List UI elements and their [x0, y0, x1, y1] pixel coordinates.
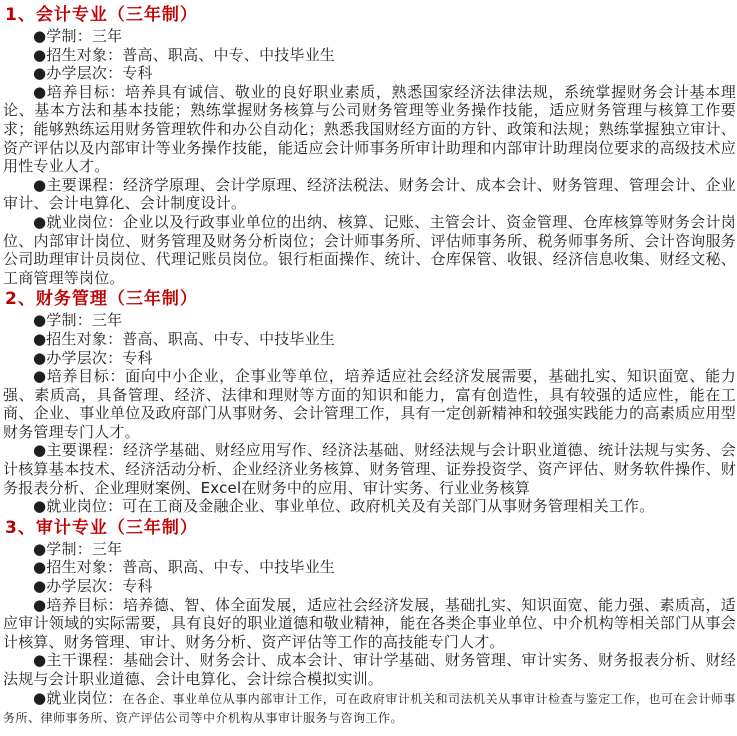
section-heading-accounting: 1、会计专业（三年制） [5, 5, 736, 26]
detail-education-level: ●办学层次：专科 [3, 64, 736, 83]
section-auditing: 3、审计专业（三年制） ●学制：三年 ●招生对象：普高、职高、中专、中技毕业生 … [3, 518, 736, 728]
detail-duration: ●学制：三年 [3, 311, 736, 330]
detail-employment-positions: ●就业岗位：可在工商及金融企业、事业单位、政府机关及有关部门从事财务管理相关工作… [3, 497, 736, 516]
detail-employment-positions: ●就业岗位：在各企、事业单位从事内部审计工作，可在政府审计机关和司法机关从事审计… [3, 689, 736, 728]
section-heading-financial-management: 2、财务管理（三年制） [5, 289, 736, 310]
detail-training-objective: ●培养目标：面向中小企业，企事业等单位，培养适应社会经济发展需要，基础扎实、知识… [3, 367, 736, 441]
detail-admission-target: ●招生对象：普高、职高、中专、中技毕业生 [3, 330, 736, 349]
employment-label: ●就业岗位： [33, 689, 122, 707]
detail-duration: ●学制：三年 [3, 27, 736, 46]
detail-education-level: ●办学层次：专科 [3, 349, 736, 368]
detail-admission-target: ●招生对象：普高、职高、中专、中技毕业生 [3, 558, 736, 577]
detail-training-objective: ●培养目标：培养具有诚信、敬业的良好职业素质，熟悉国家经济法律法规，系统掌握财务… [3, 83, 736, 176]
section-heading-auditing: 3、审计专业（三年制） [5, 518, 736, 539]
detail-main-courses: ●主要课程：经济学基础、财经应用写作、经济法基础、财经法规与会计职业道德、统计法… [3, 441, 736, 497]
detail-training-objective: ●培养目标：培养德、智、体全面发展，适应社会经济发展，基础扎实、知识面宽、能力强… [3, 596, 736, 652]
detail-employment-positions: ●就业岗位：企业以及行政事业单位的出纳、核算、记账、主管会计、资金管理、仓库核算… [3, 213, 736, 287]
detail-education-level: ●办学层次：专科 [3, 577, 736, 596]
detail-admission-target: ●招生对象：普高、职高、中专、中技毕业生 [3, 46, 736, 65]
program-document: 1、会计专业（三年制） ●学制：三年 ●招生对象：普高、职高、中专、中技毕业生 … [0, 0, 737, 736]
section-financial-management: 2、财务管理（三年制） ●学制：三年 ●招生对象：普高、职高、中专、中技毕业生 … [3, 289, 736, 516]
detail-duration: ●学制：三年 [3, 540, 736, 559]
detail-main-courses: ●主要课程：经济学原理、会计学原理、经济法税法、财务会计、成本会计、财务管理、管… [3, 176, 736, 213]
section-accounting: 1、会计专业（三年制） ●学制：三年 ●招生对象：普高、职高、中专、中技毕业生 … [3, 5, 736, 287]
detail-main-courses: ●主干课程：基础会计、财务会计、成本会计、审计学基础、财务管理、审计实务、财务报… [3, 651, 736, 688]
